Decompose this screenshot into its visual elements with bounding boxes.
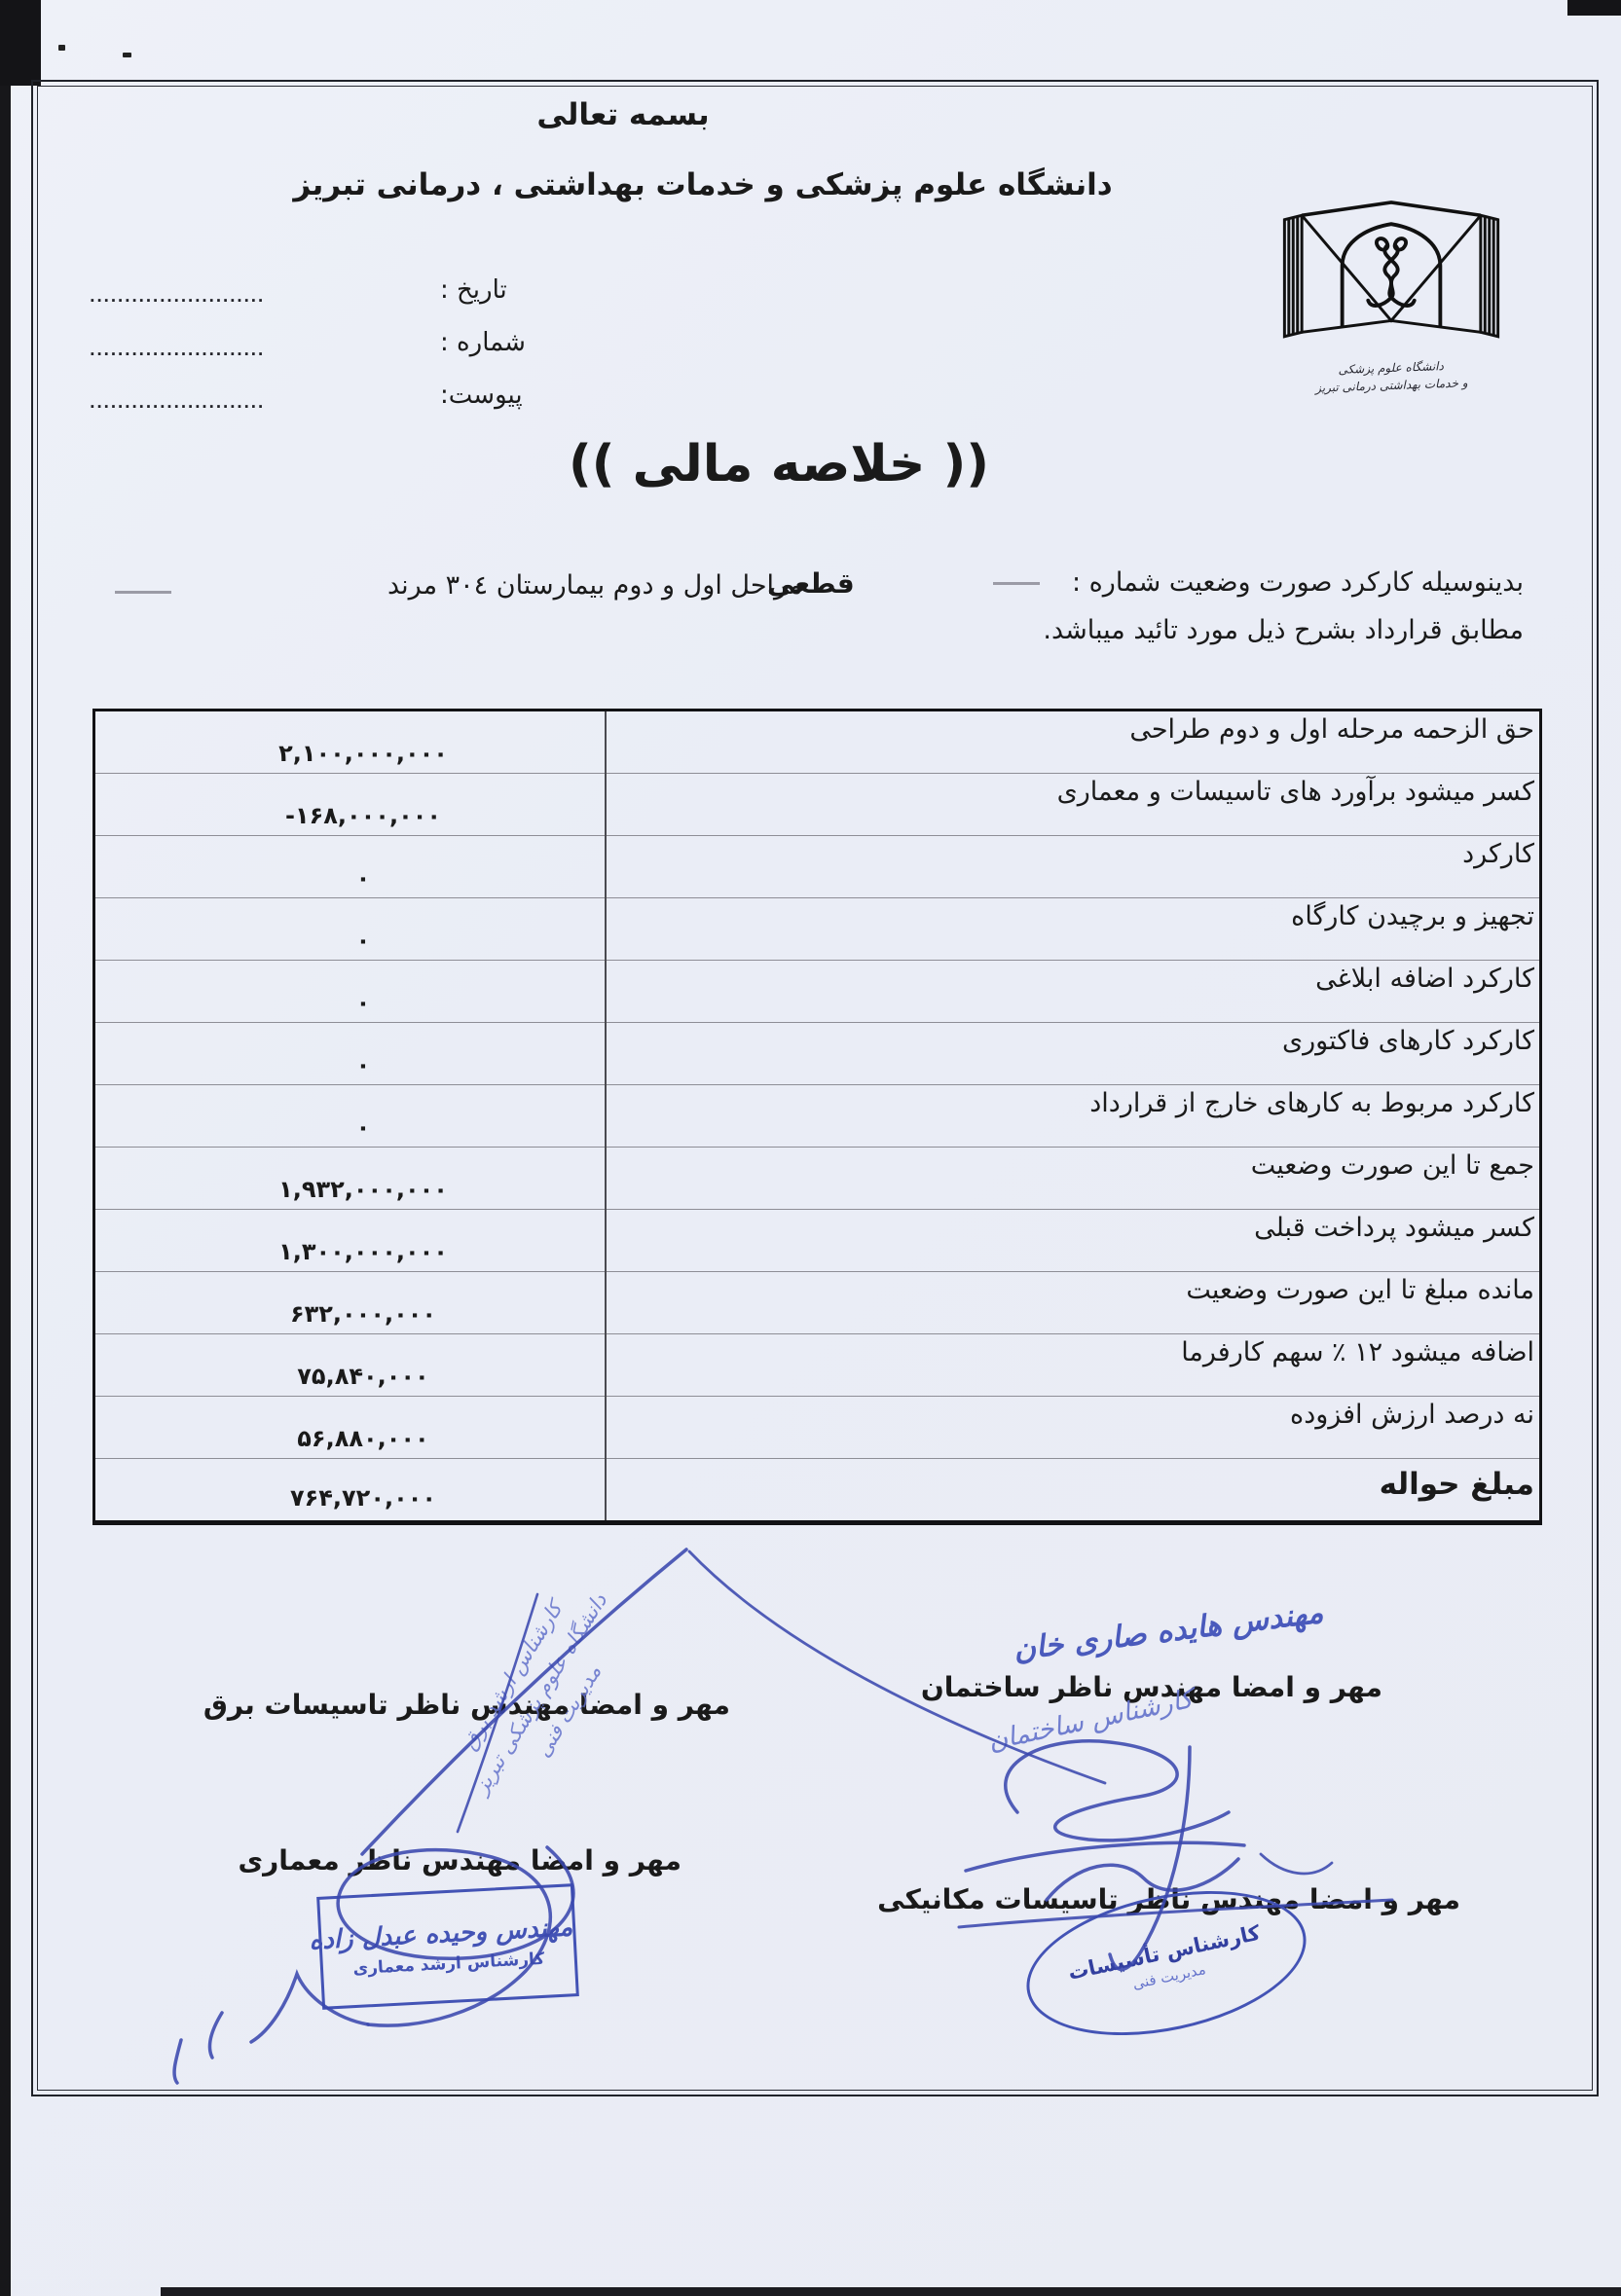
number-dotted-line: ......................... <box>90 342 362 359</box>
row-label: اضافه میشود ۱۲ ٪ سهم کارفرما <box>1181 1337 1534 1367</box>
document-title: (( خلاصه مالی )) <box>292 435 1266 493</box>
row-amount: ۱,۳۰۰,۰۰۰,۰۰۰ <box>212 1238 514 1265</box>
architecture-rect-stamp: مهندس وحیده عبدل زاده کارشناس ارشد معمار… <box>316 1883 579 2010</box>
number-label: شماره : <box>440 328 596 357</box>
row-amount: -۱۶۸,۰۰۰,۰۰۰ <box>212 802 514 829</box>
scan-edge-topright <box>1567 0 1621 16</box>
university-logo: دانشگاه علوم پزشکی و خدمات بهداشتی درمان… <box>1264 200 1519 423</box>
row-amount: ۰ <box>212 1051 514 1078</box>
table-row: ۵۶,۸۸۰,۰۰۰نه درصد ارزش افزوده <box>95 1397 1539 1459</box>
intro-project-text: مراحل اول و دوم بیمارستان ۳۰٤ مرند <box>387 570 802 601</box>
scan-dot-mark <box>123 53 131 57</box>
university-heading: دانشگاه علوم پزشکی و خدمات بهداشتی ، درم… <box>216 167 1190 202</box>
faint-dash-mark <box>115 591 171 594</box>
scan-edge-left <box>0 0 11 2296</box>
attachment-dotted-line: ......................... <box>90 394 362 412</box>
row-label: جمع تا این صورت وضعیت <box>1251 1150 1534 1181</box>
scan-edge-topleft <box>0 0 41 86</box>
financial-summary-table: ۲,۱۰۰,۰۰۰,۰۰۰حق الزحمه مرحله اول و دوم ط… <box>92 709 1542 1525</box>
besmele-heading: بسمه تعالی <box>136 97 1110 132</box>
row-amount: ۰ <box>212 927 514 954</box>
faint-dash-mark <box>993 582 1040 585</box>
table-row: ۰کارکرد مربوط به کارهای خارج از قرارداد <box>95 1085 1539 1148</box>
architecture-stamp-line1: مهندس وحیده عبدل زاده <box>321 1913 573 1954</box>
row-label: کارکرد <box>1462 839 1534 869</box>
table-row: ۰کارکرد اضافه ابلاغی <box>95 961 1539 1023</box>
date-label: تاریخ : <box>440 275 596 305</box>
row-amount: ۵۶,۸۸۰,۰۰۰ <box>212 1425 514 1452</box>
fin-table-rows: ۲,۱۰۰,۰۰۰,۰۰۰حق الزحمه مرحله اول و دوم ط… <box>95 711 1539 1520</box>
row-amount: ۰ <box>212 864 514 892</box>
row-amount: ۰ <box>212 1113 514 1141</box>
row-amount: ۱,۹۳۲,۰۰۰,۰۰۰ <box>212 1176 514 1203</box>
scan-edge-bottom <box>161 2287 1621 2296</box>
row-amount: ۲,۱۰۰,۰۰۰,۰۰۰ <box>212 740 514 767</box>
intro-confirm-text: مطابق قرارداد بشرح ذیل مورد تائید میباشد… <box>1043 615 1524 645</box>
table-row: ۶۳۲,۰۰۰,۰۰۰مانده مبلغ تا این صورت وضعیت <box>95 1272 1539 1334</box>
row-amount: ۰ <box>212 989 514 1016</box>
row-amount: ۶۳۲,۰۰۰,۰۰۰ <box>212 1300 514 1328</box>
table-row: ۱,۹۳۲,۰۰۰,۰۰۰جمع تا این صورت وضعیت <box>95 1148 1539 1210</box>
book-medical-emblem-icon <box>1274 200 1508 355</box>
table-row: -۱۶۸,۰۰۰,۰۰۰کسر میشود برآورد های تاسیسات… <box>95 774 1539 836</box>
row-label: کارکرد مربوط به کارهای خارج از قرارداد <box>1089 1088 1534 1118</box>
table-row: ۲,۱۰۰,۰۰۰,۰۰۰حق الزحمه مرحله اول و دوم ط… <box>95 711 1539 774</box>
date-dotted-line: ......................... <box>90 288 362 306</box>
table-row: ۰تجهیز و برچیدن کارگاه <box>95 898 1539 961</box>
intro-lead-text: بدینوسیله کارکرد صورت وضعیت شماره : <box>1072 567 1524 598</box>
row-label: کارکرد اضافه ابلاغی <box>1315 964 1534 994</box>
row-label: حق الزحمه مرحله اول و دوم طراحی <box>1129 714 1534 745</box>
row-label: نه درصد ارزش افزوده <box>1290 1400 1534 1430</box>
electrical-stamp-line2: دانشگاه علوم پزشکی تبریز <box>437 1539 643 1848</box>
row-label: کسر میشود پرداخت قبلی <box>1254 1213 1534 1243</box>
row-label: مبلغ حواله <box>1380 1467 1534 1502</box>
row-label: کارکرد کارهای فاکتوری <box>1282 1026 1534 1056</box>
row-amount: ۷۵,۸۴۰,۰۰۰ <box>212 1363 514 1390</box>
row-label: تجهیز و برچیدن کارگاه <box>1291 901 1534 931</box>
row-label: کسر میشود برآورد های تاسیسات و معماری <box>1057 777 1534 807</box>
attachment-label: پیوست: <box>440 381 596 410</box>
scan-dot-mark <box>58 45 65 51</box>
logo-caption: دانشگاه علوم پزشکی و خدمات بهداشتی درمان… <box>1263 354 1519 398</box>
row-label: مانده مبلغ تا این صورت وضعیت <box>1186 1275 1534 1305</box>
scanned-document-page: بسمه تعالی دانشگاه علوم پزشکی و خدمات به… <box>0 0 1621 2296</box>
table-row: ۰کارکرد کارهای فاکتوری <box>95 1023 1539 1085</box>
table-row: ۷۵,۸۴۰,۰۰۰اضافه میشود ۱۲ ٪ سهم کارفرما <box>95 1334 1539 1397</box>
table-row: ۰کارکرد <box>95 836 1539 898</box>
table-row: ۷۶۴,۷۲۰,۰۰۰مبلغ حواله <box>95 1459 1539 1520</box>
table-row: ۱,۳۰۰,۰۰۰,۰۰۰کسر میشود پرداخت قبلی <box>95 1210 1539 1272</box>
